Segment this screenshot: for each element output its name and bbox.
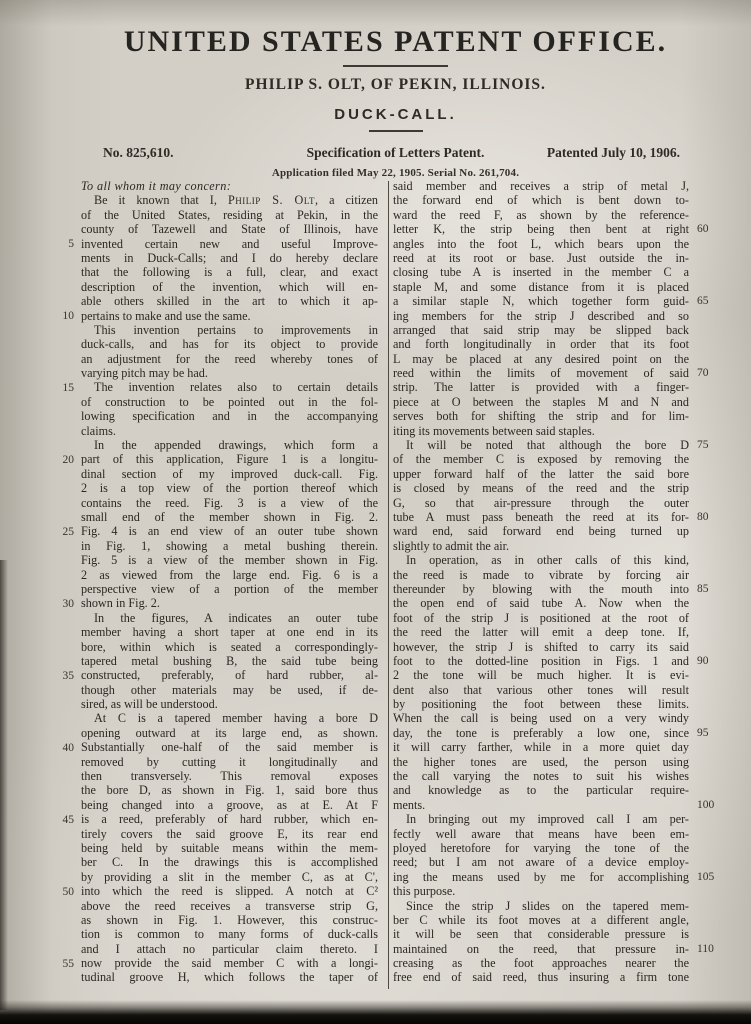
text-line: strip. The latter is provided with a fin… — [393, 380, 689, 394]
text-line: the bore D, as shown in Fig. 1, said bor… — [81, 783, 378, 797]
text-line: an adjustment for the reed whereby tones… — [81, 352, 378, 366]
line-number: 40 — [46, 741, 74, 755]
text-line: is a reed, preferably of hard rubber, wh… — [81, 812, 378, 826]
text-line: To all whom it may concern: — [81, 179, 378, 193]
text-line: The invention relates also to certain de… — [81, 380, 378, 394]
line-number: 60 — [697, 222, 727, 236]
photo-bottom-edge — [0, 1000, 751, 1024]
text-line: that the following is a full, clear, and… — [81, 265, 378, 279]
line-number: 80 — [697, 510, 727, 524]
text-line: dent also that various other tones will … — [393, 683, 689, 697]
scanned-patent-photo: UNITED STATES PATENT OFFICE. PHILIP S. O… — [0, 0, 751, 1024]
text-line: above the reed receives a transverse str… — [81, 899, 378, 913]
text-line: slightly to admit the air. — [393, 539, 689, 553]
text-line: Fig. 4 is an end view of an outer tube s… — [81, 524, 378, 538]
text-line: pertains to make and use the same. — [81, 309, 378, 323]
text-line: it will carry farther, while in a more q… — [393, 740, 689, 754]
text-line: In the appended drawings, which form a — [81, 438, 378, 452]
text-line: ments in Duck-Calls; and I do hereby dec… — [81, 251, 378, 265]
text-line: ing the means used by me for accomplishi… — [393, 870, 689, 884]
text-line: county of Tazewell and State of Illinois… — [81, 222, 378, 236]
text-line: closing tube A is inserted in the member… — [393, 265, 689, 279]
title-rule — [343, 65, 448, 67]
text-line: then transversely. This removal exposes — [81, 769, 378, 783]
text-line: and forth longitudinally in order that i… — [393, 337, 689, 351]
line-number: 50 — [46, 885, 74, 899]
line-number: 75 — [697, 438, 727, 452]
line-number: 35 — [46, 669, 74, 683]
text-line: dinal section of my improved duck-call. … — [81, 467, 378, 481]
text-line: however, the strip J is shifted to carry… — [393, 640, 689, 654]
text-line: fectly well aware that means have been e… — [393, 827, 689, 841]
text-line: being changed into a groove, as at E. At… — [81, 798, 378, 812]
text-line: ber C while its foot moves at a differen… — [393, 913, 689, 927]
text-line: maintained on the reed, that pressure in… — [393, 942, 689, 956]
text-line: angles into the foot L, which bears upon… — [393, 237, 689, 251]
text-line: tudinal groove H, which follows the tape… — [81, 970, 378, 984]
text-line: the open end of said tube A. Now when th… — [393, 596, 689, 610]
line-number: 30 — [46, 597, 74, 611]
text-line: part of this application, Figure 1 is a … — [81, 452, 378, 466]
text-line: letter K, the strip being then bent at r… — [393, 222, 689, 236]
text-line: piece at O between the staples M and N a… — [393, 395, 689, 409]
text-line: Be it known that I, Philip S. Olt, a cit… — [81, 193, 378, 207]
text-line: creasing as the foot approaches nearer t… — [393, 956, 689, 970]
patent-meta-row: No. 825,610. Specification of Letters Pa… — [38, 145, 751, 162]
text-line: a similar staple N, which together form … — [393, 294, 689, 308]
patent-page: UNITED STATES PATENT OFFICE. PHILIP S. O… — [0, 0, 751, 1024]
line-number: 95 — [697, 726, 727, 740]
text-line: varying pitch may be had. — [81, 366, 378, 380]
text-line: 2 the tone will be much higher. It is ev… — [393, 668, 689, 682]
text-line: member having a short taper at one end i… — [81, 625, 378, 639]
text-line: perspective view of a portion of the mem… — [81, 582, 378, 596]
text-line: now provide the said member C with a lon… — [81, 956, 378, 970]
line-number: 10 — [46, 309, 74, 323]
text-line: and I attach no particular claim thereto… — [81, 942, 378, 956]
line-number: 100 — [697, 798, 727, 812]
text-line: staple M, and some distance from it is p… — [393, 280, 689, 294]
text-line: and knowledge as to the particular requi… — [393, 783, 689, 797]
text-line: L may be placed at any desired point on … — [393, 352, 689, 366]
text-line: In operation, as in other calls of this … — [393, 553, 689, 567]
text-line: ber C. In the drawings this is accomplis… — [81, 855, 378, 869]
text-line: it will be seen that considerable pressu… — [393, 927, 689, 941]
line-number: 55 — [46, 957, 74, 971]
text-line: contains the reed. Fig. 3 is a view of t… — [81, 496, 378, 510]
right-margin-line-numbers: 6065707580859095100105110 — [697, 179, 727, 989]
text-line: reed within the limits of movement of sa… — [393, 366, 689, 380]
text-line: ments. — [393, 798, 689, 812]
text-line: constructed, preferably, of hard rubber,… — [81, 668, 378, 682]
right-text-column: said member and receives a strip of meta… — [393, 179, 689, 985]
text-line: opening outward at its large end, as sho… — [81, 726, 378, 740]
photo-edge-shadow — [0, 560, 8, 1010]
text-line: upper forward half of the latter the sai… — [393, 467, 689, 481]
text-line: bore, within which is seated a correspon… — [81, 640, 378, 654]
text-line: the reed is made to vibrate by forcing a… — [393, 568, 689, 582]
text-line: by providing a slit in the member C, as … — [81, 870, 378, 884]
text-line: ward the reed F, as shown by the referen… — [393, 208, 689, 222]
line-number: 5 — [46, 237, 74, 251]
text-line: tube A must pass beneath the reed at its… — [393, 510, 689, 524]
text-line: Fig. 5 is a view of the member shown in … — [81, 553, 378, 567]
line-number: 65 — [697, 294, 727, 308]
inventor-line: PHILIP S. OLT, OF PEKIN, ILLINOIS. — [38, 76, 751, 94]
text-line: foot of the strip J is positioned at the… — [393, 611, 689, 625]
text-line: In the figures, A indicates an outer tub… — [81, 611, 378, 625]
left-text-column: To all whom it may concern:Be it known t… — [81, 179, 378, 985]
text-line: is closed by means of the reed and the s… — [393, 481, 689, 495]
line-number: 90 — [697, 654, 727, 668]
line-number: 85 — [697, 582, 727, 596]
text-line: said member and receives a strip of meta… — [393, 179, 689, 193]
text-line: into which the reed is slipped. A notch … — [81, 884, 378, 898]
text-line: sired, as will be understood. — [81, 697, 378, 711]
column-divider-rule — [388, 181, 389, 989]
text-line: tirely covers the said groove E, its rea… — [81, 827, 378, 841]
text-line: At C is a tapered member having a bore D — [81, 711, 378, 725]
invention-title: DUCK-CALL. — [38, 106, 751, 123]
line-number: 25 — [46, 525, 74, 539]
left-margin-line-numbers: 510152025303540455055 — [46, 179, 74, 989]
text-line: reed; but I am not aware of a device emp… — [393, 855, 689, 869]
text-line: tion is common to many forms of duck-cal… — [81, 927, 378, 941]
text-line: 2 is a top view of the portion thereof w… — [81, 481, 378, 495]
text-line: Since the strip J slides on the tapered … — [393, 899, 689, 913]
text-line: of the member C is exposed by removing t… — [393, 452, 689, 466]
text-line: able others skilled in the art to which … — [81, 294, 378, 308]
text-line: 2 as viewed from the large end. Fig. 6 i… — [81, 568, 378, 582]
text-line: serves both for shifting the strip and f… — [393, 409, 689, 423]
text-line: the forward end of which is bent down to… — [393, 193, 689, 207]
patent-header: UNITED STATES PATENT OFFICE. PHILIP S. O… — [38, 0, 751, 179]
text-line: ing members for the strip J described an… — [393, 309, 689, 323]
text-line: though other materials may be used, if d… — [81, 683, 378, 697]
line-number: 20 — [46, 453, 74, 467]
invention-rule — [369, 130, 423, 132]
text-line: When the call is being used on a very wi… — [393, 711, 689, 725]
text-line: claims. — [81, 424, 378, 438]
text-line: small end of the member shown in Fig. 2. — [81, 510, 378, 524]
text-line: this purpose. — [393, 884, 689, 898]
line-number: 45 — [46, 813, 74, 827]
text-line: of the United States, residing at Pekin,… — [81, 208, 378, 222]
text-line: being held by suitable means within the … — [81, 841, 378, 855]
text-line: This invention pertains to improvements … — [81, 323, 378, 337]
text-line: in Fig. 1, showing a metal bushing there… — [81, 539, 378, 553]
text-line: reed at its root or base. Just outside t… — [393, 251, 689, 265]
text-line: It will be noted that although the bore … — [393, 438, 689, 452]
line-number: 15 — [46, 381, 74, 395]
patented-date: Patented July 10, 1906. — [547, 145, 680, 161]
line-number: 70 — [697, 366, 727, 380]
text-line: free end of said reed, thus insuring a f… — [393, 970, 689, 984]
text-line: arranged that said strip may be slipped … — [393, 323, 689, 337]
office-title: UNITED STATES PATENT OFFICE. — [38, 25, 751, 59]
application-line: Application filed May 22, 1905. Serial N… — [38, 167, 751, 179]
text-line: removed by cutting it longitudinally and — [81, 755, 378, 769]
text-line: shown in Fig. 2. — [81, 596, 378, 610]
text-line: by positioning the foot between these li… — [393, 697, 689, 711]
line-number: 105 — [697, 870, 727, 884]
text-line: ward end, said forward end being turned … — [393, 524, 689, 538]
text-line: the call varying the notes to suit his w… — [393, 769, 689, 783]
text-line: the higher tones are used, the person us… — [393, 755, 689, 769]
text-line: duck-calls, and has for its object to pr… — [81, 337, 378, 351]
text-line: of construction to be pointed out in the… — [81, 395, 378, 409]
text-line: foot to the dotted-line position in Figs… — [393, 654, 689, 668]
text-line: day, the tone is preferably a low one, s… — [393, 726, 689, 740]
text-line: as shown in Fig. 1. However, this constr… — [81, 913, 378, 927]
text-line: ployed heretofore for varying the tone o… — [393, 841, 689, 855]
text-line: In bringing out my improved call I am pe… — [393, 812, 689, 826]
text-line: G, so that air-pressure through the oute… — [393, 496, 689, 510]
line-number: 110 — [697, 942, 727, 956]
text-line: description of the invention, which will… — [81, 280, 378, 294]
text-line: invented certain new and useful Improve- — [81, 237, 378, 251]
text-line: tapered metal bushing B, the said tube b… — [81, 654, 378, 668]
text-line: the reed the latter will emit a deep ton… — [393, 625, 689, 639]
text-line: lowing specification and in the accompan… — [81, 409, 378, 423]
inventor-name-smallcaps: Philip S. Olt — [228, 193, 315, 207]
text-line: iting its movements between said staples… — [393, 424, 689, 438]
text-line: thereunder by blowing with the mouth int… — [393, 582, 689, 596]
text-line: Substantially one-half of the said membe… — [81, 740, 378, 754]
